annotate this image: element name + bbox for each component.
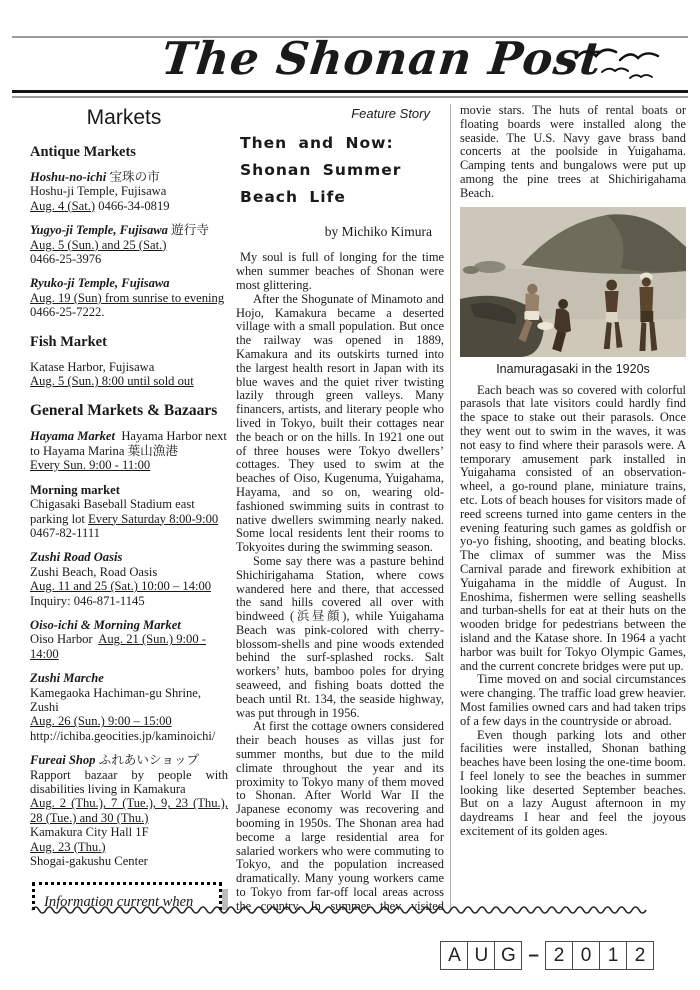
story-title-line1: Then and Now: [240, 130, 444, 157]
story-title-line2: Shonan Summer Beach Life [240, 157, 444, 211]
story-paragraph: After the Shogunate of Minamoto and Hojo… [236, 293, 444, 555]
masthead-content: The Shonan Post [12, 38, 688, 90]
fish-market-heading: Fish Market [30, 334, 228, 351]
date-cell: 2 [626, 942, 653, 969]
market-name: Zushi Marche [30, 671, 104, 685]
market-name: Hoshu-no-ichi [30, 170, 106, 184]
beach-photo-image [460, 207, 686, 357]
market-venue: Katase Harbor, Fujisawa [30, 360, 154, 374]
market-venue: Oiso Harbor [30, 632, 93, 646]
right-column: movie stars. The huts of rental boats or… [450, 104, 686, 910]
market-entry-hayama: Hayama Market Hayama Harbor next to Haya… [30, 429, 228, 472]
market-jp: ふれあいショップ [99, 753, 200, 767]
year-boxes: 2 0 1 2 [545, 941, 654, 970]
market-date: Aug. 5 (Sun.) 8:00 until sold out [30, 374, 194, 388]
market-entry-oiso: Oiso-ichi & Morning Market Oiso Harbor A… [30, 618, 228, 661]
beach-photo: Inamuragasaki in the 1920s [460, 207, 686, 376]
market-entry-yugyo: Yugyo-ji Temple, Fujisawa 遊行寺 Aug. 5 (Su… [30, 223, 228, 266]
date-cell: 1 [599, 942, 626, 969]
market-entry-morning: Morning market Chigasaki Baseball Stadiu… [30, 483, 228, 541]
market-venue: Kamakura City Hall 1F [30, 825, 149, 839]
market-date: Aug. 26 (Sun.) 9:00 – 15:00 [30, 714, 172, 728]
story-paragraph: movie stars. The huts of rental boats or… [460, 104, 686, 201]
seagulls-icon [572, 44, 664, 86]
market-entry-fureai: Fureai Shop ふれあいショップ Rapport bazaar by p… [30, 753, 228, 868]
market-date: Aug. 5 (Sun.) and 25 (Sat.) [30, 238, 166, 252]
wavy-divider [30, 904, 648, 916]
story-title: Then and Now: Shonan Summer Beach Life [240, 130, 444, 211]
market-date: Aug. 11 and 25 (Sat.) 10:00 – 14:00 [30, 579, 211, 593]
kicker: Feature Story [236, 106, 444, 121]
market-entry-fish: Katase Harbor, Fujisawa Aug. 5 (Sun.) 8:… [30, 360, 228, 389]
masthead-bottom-rule-2 [12, 96, 688, 98]
market-date: Every Sun. 9:00 - 11:00 [30, 458, 150, 472]
market-entry-hoshu: Hoshu-no-ichi 宝珠の市 Hoshu-ji Temple, Fuji… [30, 170, 228, 213]
market-date: Aug. 4 (Sat.) [30, 199, 95, 213]
market-date: Aug. 2 (Thu.), 7 (Tue.), 9, 23 (Thu.), 2… [30, 796, 228, 824]
market-phone: 0466-25-3976 [30, 252, 101, 266]
market-phone: 0466-25-7222. [30, 305, 105, 319]
market-entry-zushi-marche: Zushi Marche Kamegaoka Hachiman-gu Shrin… [30, 671, 228, 743]
market-date: Aug. 23 (Thu.) [30, 840, 106, 854]
market-name: Zushi Road Oasis [30, 550, 122, 564]
market-name: Morning market [30, 483, 120, 497]
story-paragraph: Each beach was so covered with colorful … [460, 384, 686, 674]
masthead: The Shonan Post [12, 36, 688, 98]
date-cell: U [467, 942, 494, 969]
market-jp: 遊行寺 [171, 223, 209, 237]
market-name: Yugyo-ji Temple, Fujisawa [30, 223, 168, 237]
story-paragraph: My soul is full of longing for the time … [236, 251, 444, 292]
byline: by Michiko Kimura [236, 224, 432, 240]
page-body: Markets Antique Markets Hoshu-no-ichi 宝珠… [30, 104, 686, 910]
date-cell: A [441, 942, 467, 969]
feature-column: Feature Story Then and Now: Shonan Summe… [236, 104, 450, 910]
masthead-bottom-rule [12, 90, 688, 93]
wavy-line [30, 904, 648, 916]
market-venue: Zushi Beach, Road Oasis [30, 565, 157, 579]
date-cell: 2 [546, 942, 572, 969]
market-description: Rapport bazaar by people with disabiliti… [30, 768, 228, 796]
market-venue: Kamegaoka Hachiman-gu Shrine, Zushi [30, 686, 201, 714]
market-phone: Inquiry: 046-871-1145 [30, 594, 145, 608]
market-entry-ryuko: Ryuko-ji Temple, Fujisawa Aug. 19 (Sun) … [30, 276, 228, 319]
market-venue: Hoshu-ji Temple, Fujisawa [30, 184, 166, 198]
market-name: Hayama Market [30, 429, 115, 443]
market-phone: 0466-34-0819 [98, 199, 169, 213]
newsletter-page: The Shonan Post Markets Antique Markets … [0, 0, 700, 990]
market-date: Aug. 19 (Sun) from sunrise to evening [30, 291, 224, 305]
markets-column: Markets Antique Markets Hoshu-no-ichi 宝珠… [30, 104, 228, 910]
market-jp: 宝珠の市 [109, 170, 159, 184]
market-venue: Shogai-gakushu Center [30, 854, 148, 868]
market-url-link[interactable]: http://ichiba.geocities.jp/kaminoichi/ [30, 729, 215, 743]
general-markets-heading: General Markets & Bazaars [30, 402, 228, 420]
paper-title: The Shonan Post [159, 32, 604, 85]
story-paragraph: At first the cottage owners considered t… [236, 720, 444, 910]
story-paragraph: Some say there was a pasture behind Shic… [236, 555, 444, 721]
month-boxes: A U G [440, 941, 522, 970]
market-entry-zushi-road: Zushi Road Oasis Zushi Beach, Road Oasis… [30, 550, 228, 608]
photo-caption: Inamuragasaki in the 1920s [460, 362, 686, 376]
issue-date: A U G – 2 0 1 2 [440, 941, 654, 970]
story-paragraph: Time moved on and social circumstances w… [460, 673, 686, 728]
markets-heading: Markets [30, 106, 218, 130]
market-name: Ryuko-ji Temple, Fujisawa [30, 276, 170, 290]
date-dash: – [528, 945, 539, 967]
antique-markets-heading: Antique Markets [30, 144, 228, 161]
market-jp: 葉山漁港 [128, 444, 178, 458]
story-paragraph: Even though parking lots and other facil… [460, 729, 686, 839]
date-cell: 0 [572, 942, 599, 969]
market-name: Oiso-ichi & Morning Market [30, 618, 181, 632]
market-phone: 0467-82-1111 [30, 526, 100, 540]
market-date: Every Saturday 8:00-9:00 [88, 512, 218, 526]
date-cell: G [494, 942, 521, 969]
market-name: Fureai Shop [30, 753, 95, 767]
